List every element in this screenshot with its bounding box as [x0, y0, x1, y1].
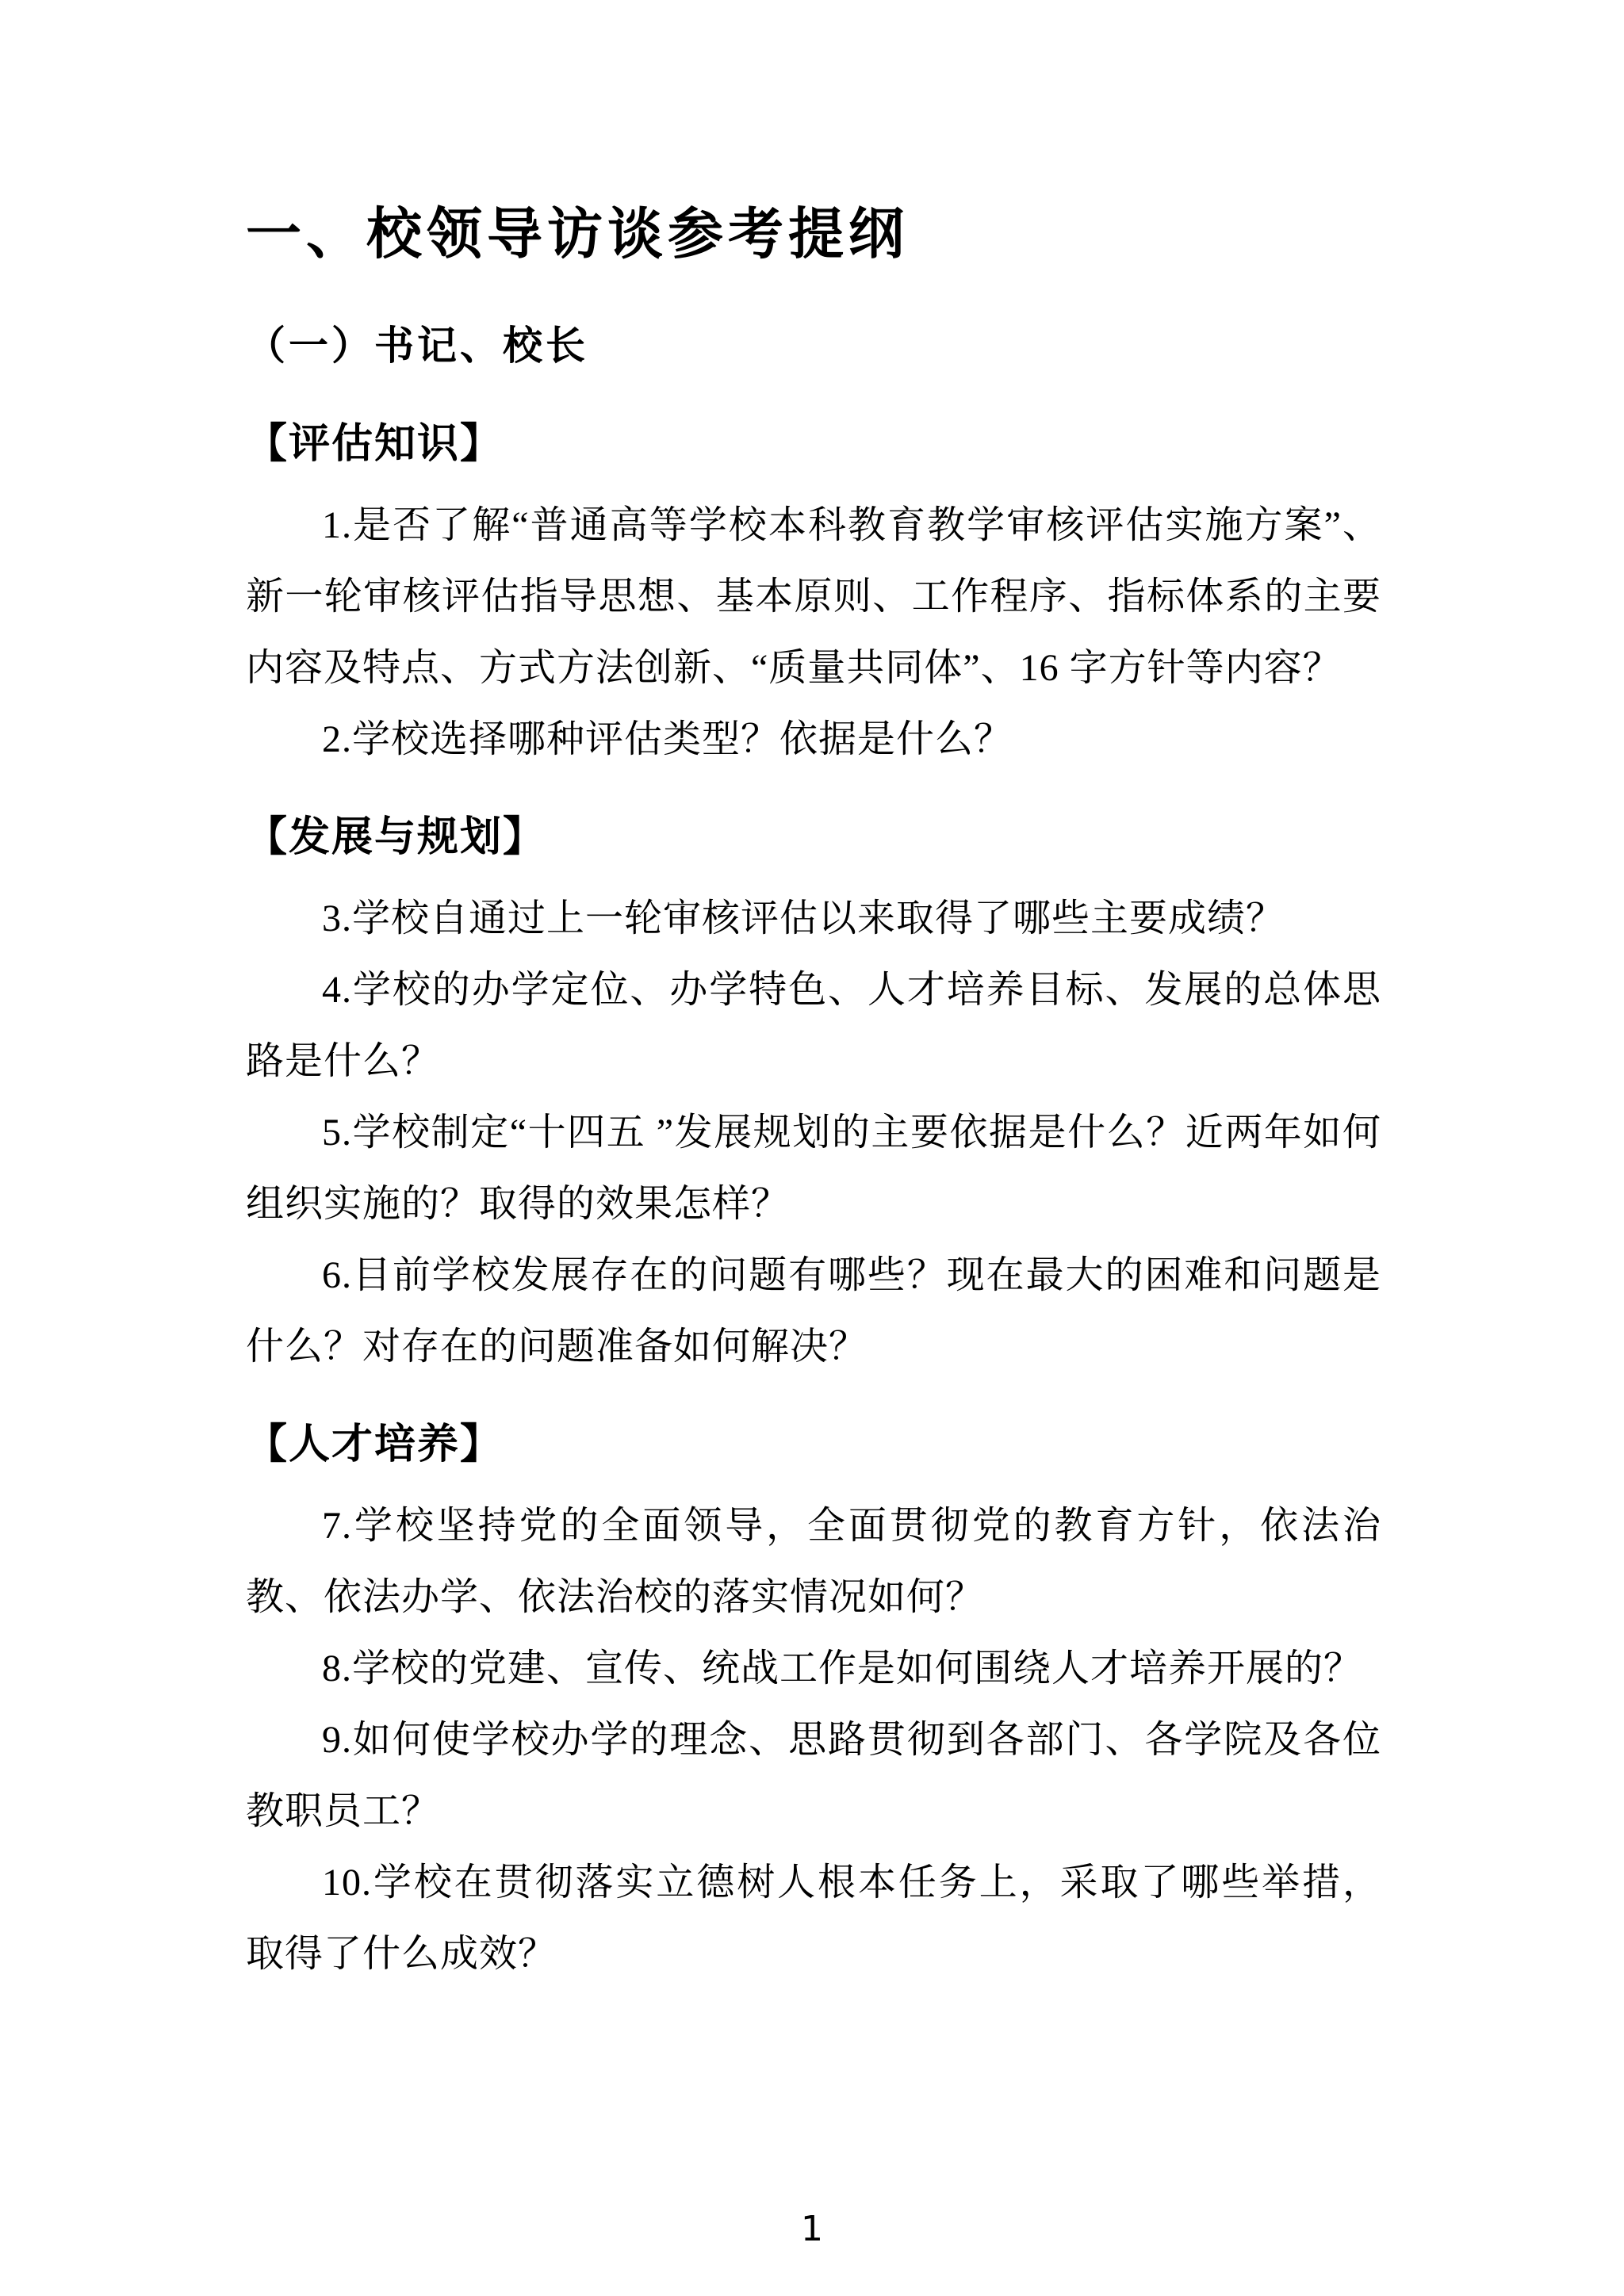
question-item-8: 8.学校的党建、宣传、统战工作是如何围绕人才培养开展的？ — [246, 1633, 1381, 1705]
question-item-1: 1.是否了解“普通高等学校本科教育教学审核评估实施方案”、新一轮审核评估指导思想… — [246, 490, 1381, 704]
question-item-5: 5.学校制定“十四五 ”发展规划的主要依据是什么？近两年如何组织实施的？取得的效… — [246, 1097, 1381, 1240]
question-item-6: 6.目前学校发展存在的问题有哪些？现在最大的困难和问题是什么？对存在的问题准备如… — [246, 1240, 1381, 1383]
question-item-2: 2.学校选择哪种评估类型？依据是什么？ — [246, 704, 1381, 775]
document-content: 一、校领导访谈参考提纲 （一）书记、校长 【评估知识】 1.是否了解“普通高等学… — [0, 0, 1624, 1990]
page-title: 一、校领导访谈参考提纲 — [246, 200, 1381, 268]
question-item-4: 4.学校的办学定位、办学特色、人才培养目标、发展的总体思路是什么？ — [246, 955, 1381, 1097]
question-item-3: 3.学校自通过上一轮审核评估以来取得了哪些主要成绩？ — [246, 883, 1381, 955]
section-development-planning: 【发展与规划】 3.学校自通过上一轮审核评估以来取得了哪些主要成绩？ 4.学校的… — [246, 802, 1381, 1383]
document-page: 一、校领导访谈参考提纲 （一）书记、校长 【评估知识】 1.是否了解“普通高等学… — [0, 0, 1624, 2296]
section-heading: 【发展与规划】 — [246, 802, 1381, 874]
subsection-title: （一）书记、校长 — [246, 320, 1381, 371]
section-heading: 【评估知识】 — [246, 409, 1381, 480]
question-item-7: 7.学校坚持党的全面领导，全面贯彻党的教育方针，依法治教、依法办学、依法治校的落… — [246, 1490, 1381, 1633]
page-number: 1 — [0, 2209, 1624, 2250]
section-assessment-knowledge: 【评估知识】 1.是否了解“普通高等学校本科教育教学审核评估实施方案”、新一轮审… — [246, 409, 1381, 775]
question-item-9: 9.如何使学校办学的理念、思路贯彻到各部门、各学院及各位教职员工？ — [246, 1705, 1381, 1847]
section-talent-cultivation: 【人才培养】 7.学校坚持党的全面领导，全面贯彻党的教育方针，依法治教、依法办学… — [246, 1410, 1381, 1990]
section-heading: 【人才培养】 — [246, 1410, 1381, 1481]
question-item-10: 10.学校在贯彻落实立德树人根本任务上，采取了哪些举措，取得了什么成效？ — [246, 1847, 1381, 1990]
